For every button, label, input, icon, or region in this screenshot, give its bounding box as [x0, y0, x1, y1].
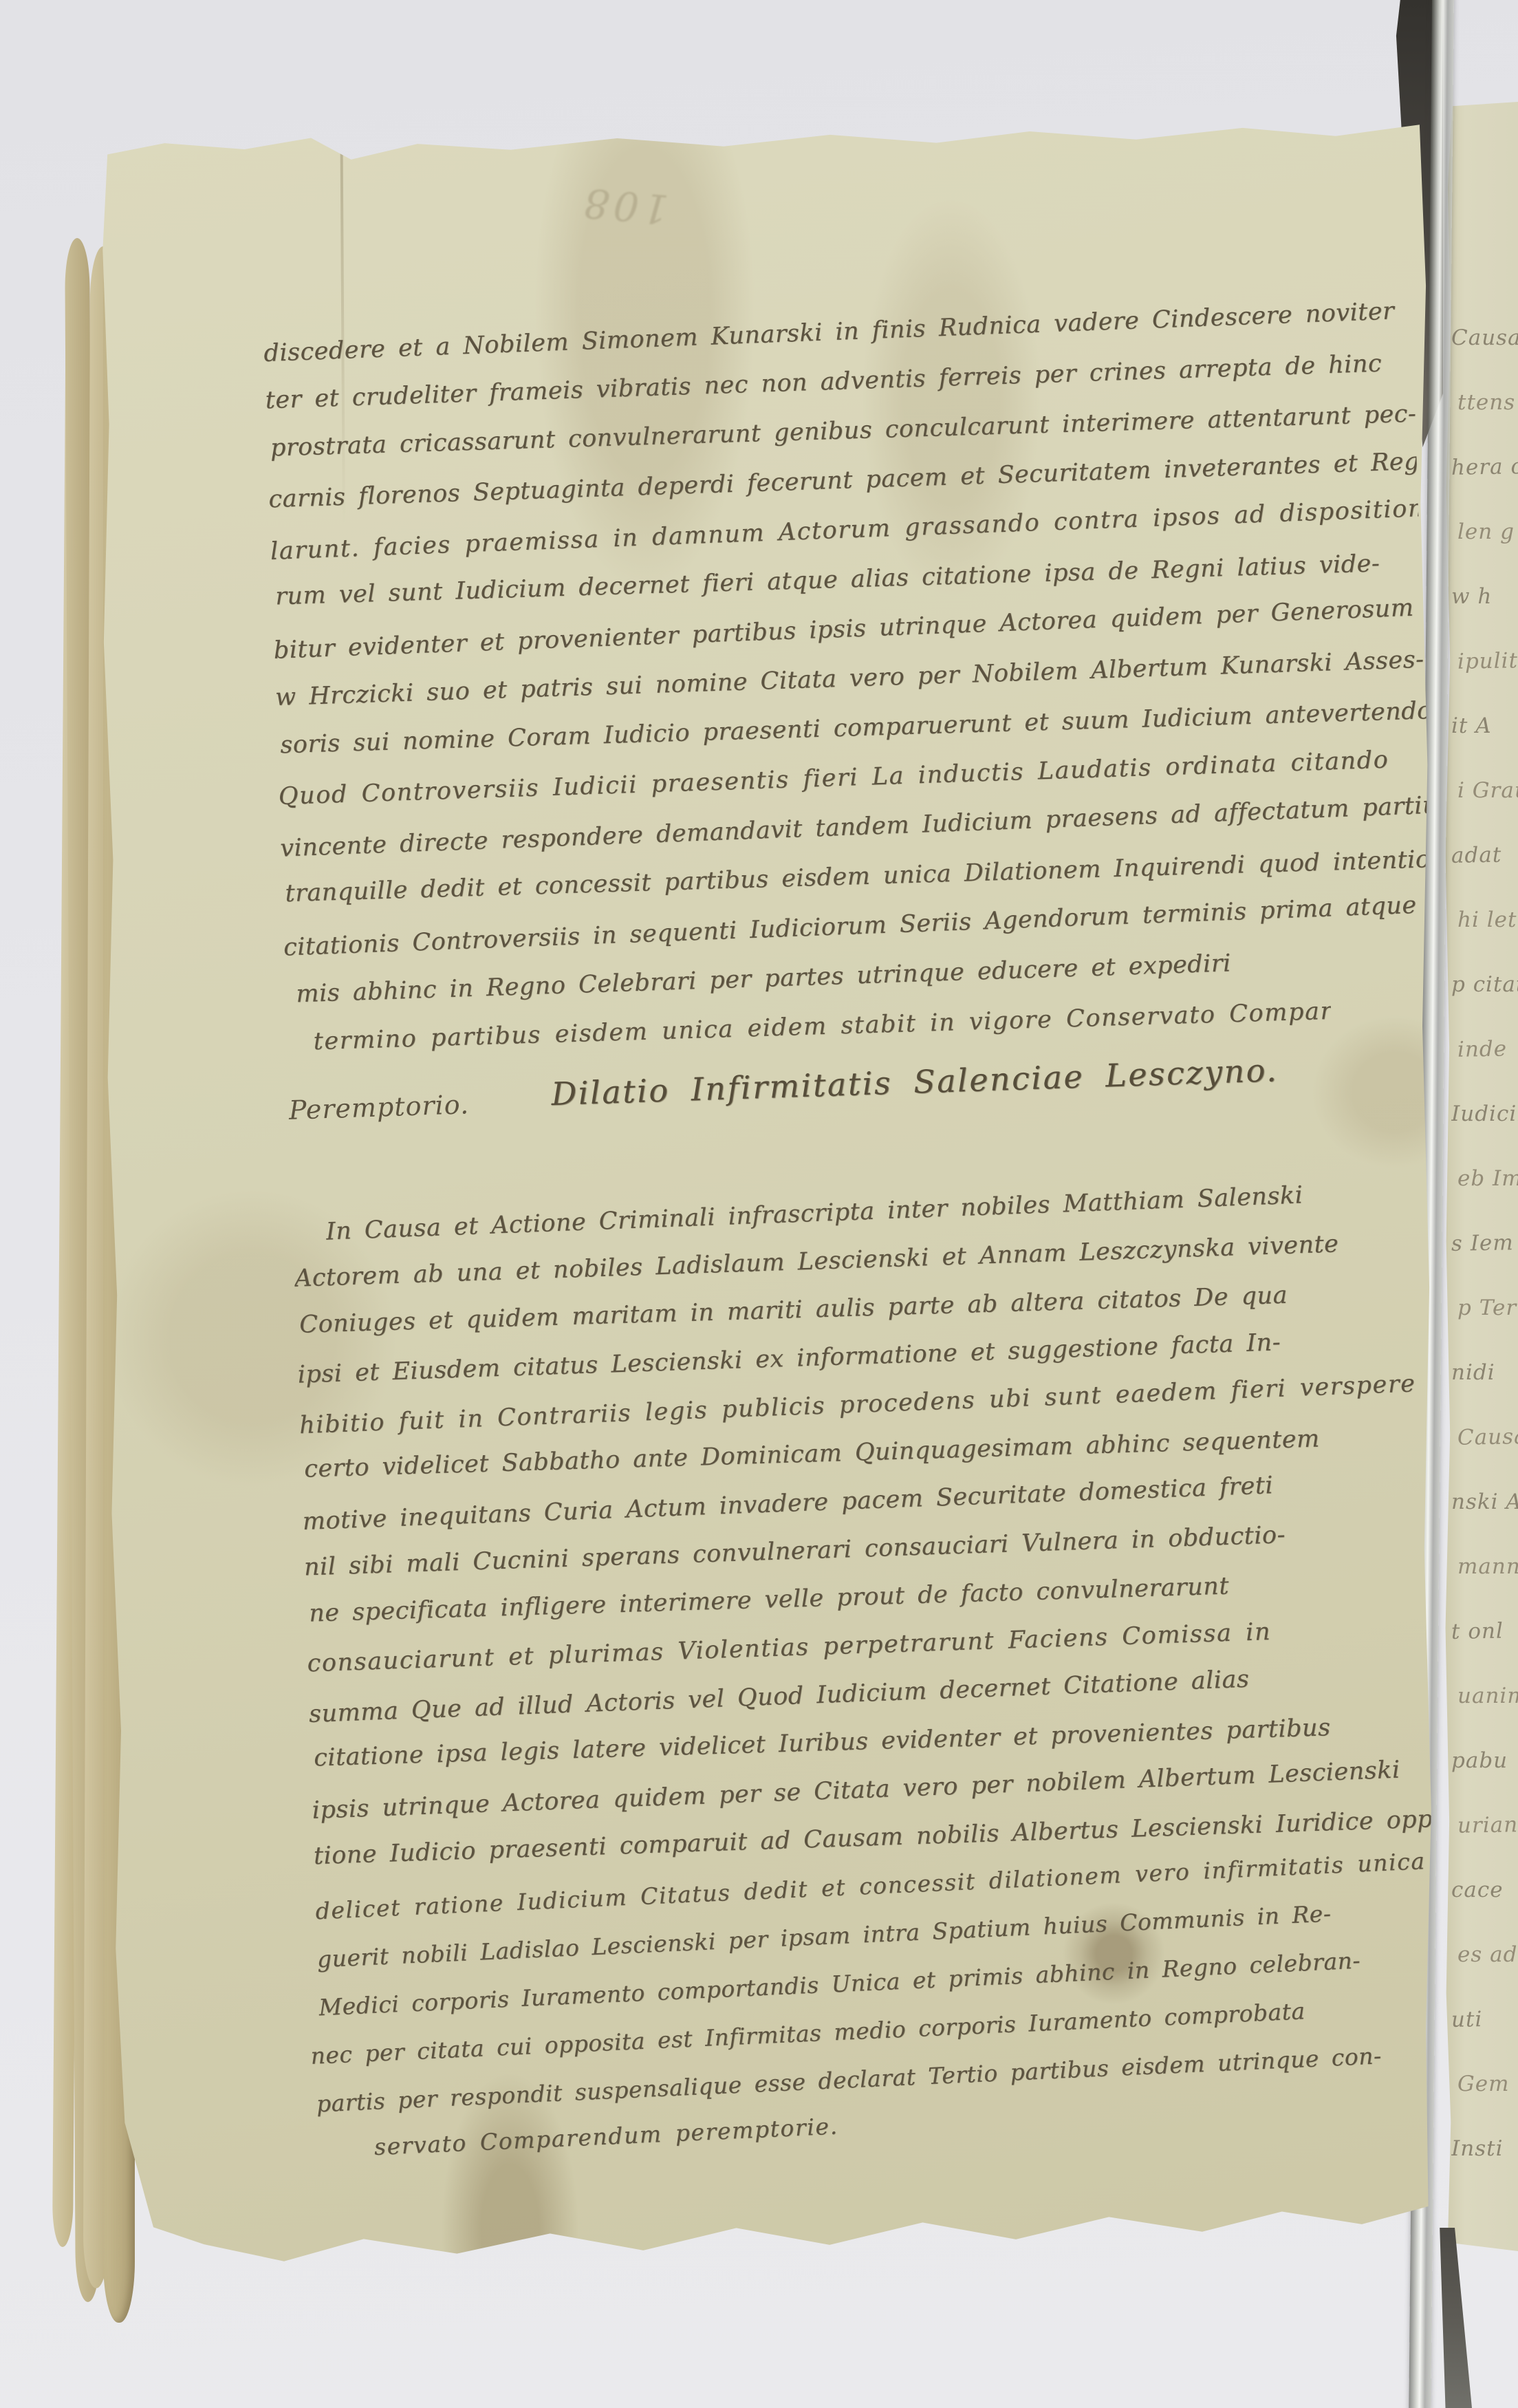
handwritten-line-fragment: nidi: [1451, 1340, 1518, 1405]
handwritten-line-fragment: es ad: [1457, 1922, 1518, 1987]
handwritten-line-fragment: len g: [1457, 499, 1518, 564]
handwritten-line-fragment: nski A: [1451, 1470, 1518, 1534]
handwritten-line-fragment: uti: [1451, 1986, 1518, 2052]
handwritten-line-fragment: Insti: [1451, 2116, 1518, 2181]
handwritten-line-fragment: w h: [1451, 564, 1518, 629]
handwritten-line-fragment: hera ce: [1451, 434, 1518, 500]
next-page-sliver: Causattenshera celen gw hipulitit Ai Gra…: [1442, 102, 1518, 2251]
handwritten-line-fragment: Gem: [1457, 2052, 1518, 2116]
gutter-shadow-bottom: [1436, 2228, 1472, 2408]
manuscript-photo: Causattenshera celen gw hipulitit Ai Gra…: [0, 0, 1518, 2408]
heading-left-word: Peremptorio.: [288, 1089, 469, 1126]
paragraph-one: discedere et a Nobilem Simonem Kunarski …: [263, 288, 1435, 1069]
handwritten-line-fragment: it A: [1451, 694, 1518, 758]
manuscript-text-block: discedere et a Nobilem Simonem Kunarski …: [263, 288, 1472, 2169]
handwritten-line-fragment: Causa: [1457, 1404, 1518, 1470]
handwritten-line-fragment: p citat: [1451, 952, 1518, 1017]
bleedthrough-page-number: 108: [578, 179, 671, 233]
manuscript-page: 108 discedere et a Nobilem Simonem Kunar…: [98, 111, 1442, 2297]
handwritten-line-fragment: mann: [1457, 1534, 1518, 1599]
handwritten-line-fragment: eb Im: [1457, 1146, 1518, 1211]
next-page-text-fragments: Causattenshera celen gw hipulitit Ai Gra…: [1451, 305, 1518, 2181]
handwritten-line-fragment: pabu: [1451, 1728, 1518, 1793]
handwritten-line-fragment: uanim: [1457, 1664, 1518, 1728]
handwritten-line-fragment: ipulit: [1457, 628, 1518, 694]
handwritten-line-fragment: p Ter: [1457, 1276, 1518, 1340]
handwritten-line-fragment: hi let: [1457, 888, 1518, 952]
handwritten-line-fragment: i Grau: [1457, 758, 1518, 823]
handwritten-line-fragment: t onl: [1451, 1598, 1518, 1664]
section-heading: Dilatio Infirmitatis Salenciae Lesczyno.: [551, 1051, 1279, 1112]
handwritten-line-fragment: adat: [1451, 822, 1518, 888]
paragraph-two: In Causa et Actione Criminali infrascrip…: [292, 1168, 1472, 2169]
handwritten-line-fragment: s Iem: [1451, 1210, 1518, 1276]
handwritten-line-fragment: cace: [1451, 1858, 1518, 1922]
handwritten-line-fragment: urian: [1457, 1792, 1518, 1858]
handwritten-line-fragment: ttens: [1457, 370, 1518, 435]
handwritten-line-fragment: inde: [1457, 1016, 1518, 1082]
handwritten-line-fragment: Causa: [1451, 305, 1518, 370]
handwritten-line-fragment: Iudicii: [1451, 1082, 1518, 1146]
